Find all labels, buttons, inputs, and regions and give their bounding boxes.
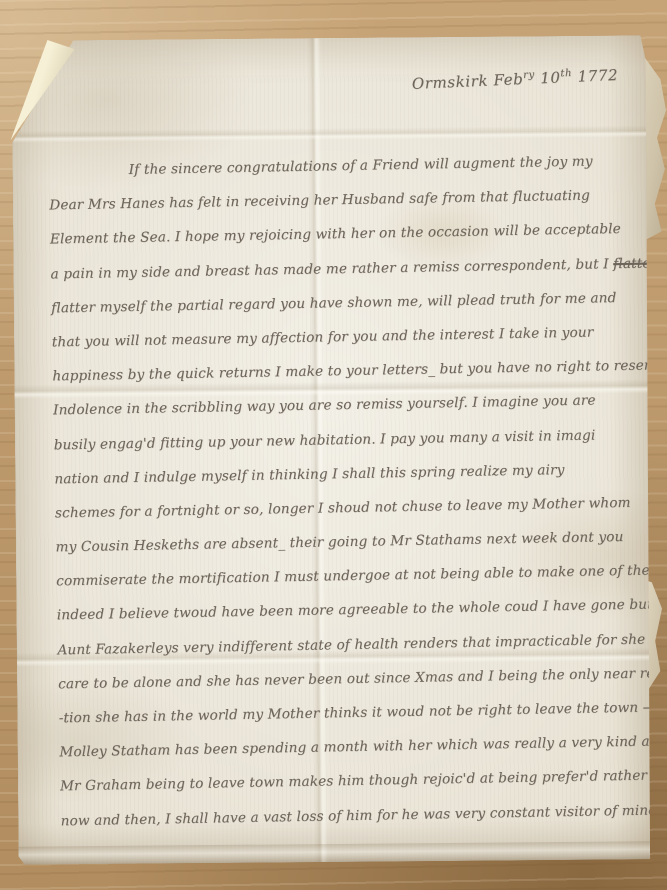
dateline-day: 10 — [535, 68, 561, 87]
letter-body: If the sincere congratulations of a Frie… — [48, 144, 645, 838]
dateline-year: 1772 — [572, 66, 619, 86]
letter-dateline: Ormskirk Febry 10th 1772 — [411, 66, 618, 93]
dateline-superscript-ry: ry — [523, 70, 535, 81]
letter-paper: Ormskirk Febry 10th 1772 If the sincere … — [11, 35, 652, 865]
dateline-superscript-th: th — [560, 68, 572, 79]
photo-of-handwritten-letter: Ormskirk Febry 10th 1772 If the sincere … — [0, 0, 667, 890]
dateline-place-month: Ormskirk Feb — [411, 70, 523, 93]
horizontal-fold-crease-top — [12, 125, 646, 143]
